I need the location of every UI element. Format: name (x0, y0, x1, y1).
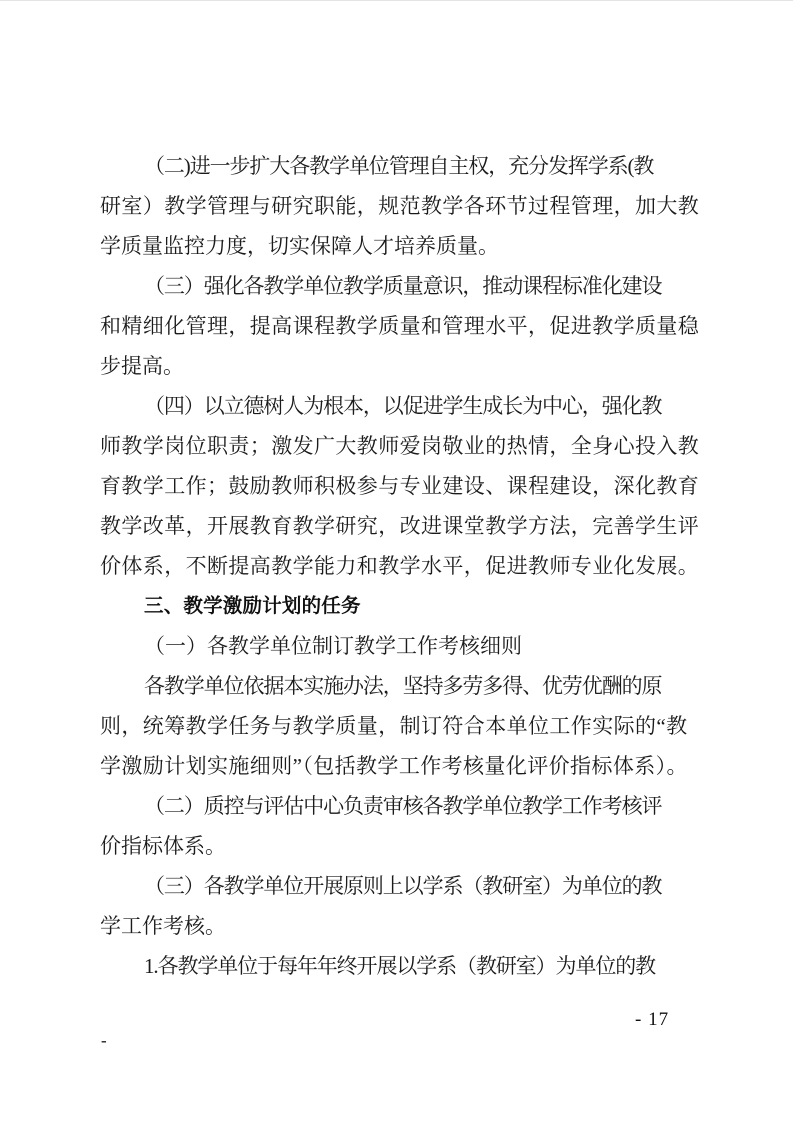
text-line: （四）以立德树人为根本，以促进学生成长为中心，强化教 (100, 386, 701, 426)
text-line: 价指标体系。 (100, 826, 701, 866)
text-line: 价体系，不断提高教学能力和教学水平，促进教师专业化发展。 (100, 546, 701, 586)
text-line: 教学改革，开展教育教学研究，改进课堂教学方法，完善学生评 (100, 506, 701, 546)
text-line: 则，统筹教学任务与教学质量，制订符合本单位工作实际的“教 (100, 706, 701, 746)
text-line: 1.各教学单位于每年年终开展以学系（教研室）为单位的教 (100, 946, 701, 986)
text-line: （三）强化各教学单位教学质量意识，推动课程标准化建设 (100, 266, 701, 306)
page-number: - 17 (635, 1009, 669, 1031)
text-line: 育教学工作；鼓励教师积极参与专业建设、课程建设，深化教育 (100, 466, 701, 506)
text-line: （二)进一步扩大各教学单位管理自主权，充分发挥学系(教 (100, 146, 701, 186)
text-line: （二）质控与评估中心负责审核各教学单位教学工作考核评 (100, 786, 701, 826)
text-line: （一）各教学单位制订教学工作考核细则 (100, 626, 701, 666)
text-line: 学激励计划实施细则”（包括教学工作考核量化评价指标体系）。 (100, 746, 701, 786)
document-page: （二)进一步扩大各教学单位管理自主权，充分发挥学系(教研室）教学管理与研究职能，… (0, 0, 793, 1123)
text-line: 步提高。 (100, 346, 701, 386)
text-line: 师教学岗位职责；激发广大教师爱岗敬业的热情，全身心投入教 (100, 426, 701, 466)
text-line: 各教学单位依据本实施办法，坚持多劳多得、优劳优酬的原 (100, 666, 701, 706)
text-line: 研室）教学管理与研究职能，规范教学各环节过程管理，加大教 (100, 186, 701, 226)
text-line: 学工作考核。 (100, 906, 701, 946)
text-line: 学质量监控力度，切实保障人才培养质量。 (100, 226, 701, 266)
document-text-block: （二)进一步扩大各教学单位管理自主权，充分发挥学系(教研室）教学管理与研究职能，… (100, 146, 701, 986)
section-heading: 三、教学激励计划的任务 (100, 586, 701, 626)
stray-scan-mark: - (101, 1032, 107, 1049)
text-line: 和精细化管理，提高课程教学质量和管理水平，促进教学质量稳 (100, 306, 701, 346)
text-line: （三）各教学单位开展原则上以学系（教研室）为单位的教 (100, 866, 701, 906)
